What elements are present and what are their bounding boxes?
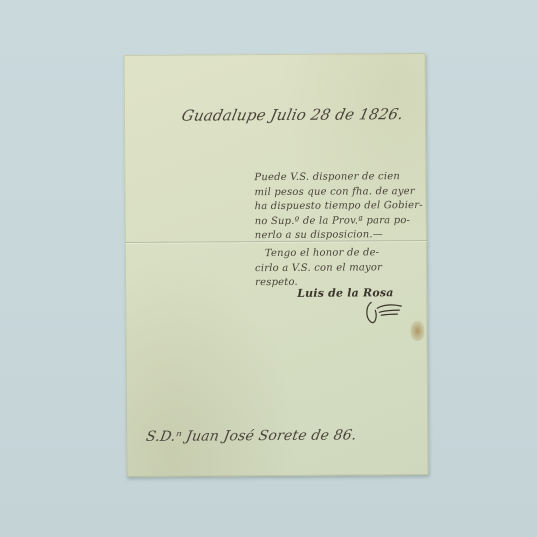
addressee: S.D.ⁿ Juan José Sorete de 86.: [145, 427, 358, 444]
letter-paper: Guadalupe Julio 28 de 1826. Puede V.S. d…: [124, 53, 429, 477]
body-line: no Sup.º de la Prov.ª para po-: [255, 213, 423, 229]
dateline: Guadalupe Julio 28 de 1826.: [180, 105, 405, 125]
body-line: nerlo a su disposicion.—: [255, 228, 423, 244]
closing-line: cirlo a V.S. con el mayor: [255, 261, 382, 276]
body-line: mil pesos que con fha. de ayer: [254, 184, 422, 200]
letter-closing: Tengo el honor de de- cirlo a V.S. con e…: [255, 246, 382, 290]
ink-stain: [410, 321, 424, 341]
closing-line: Tengo el honor de de-: [255, 246, 382, 261]
body-line: Puede V.S. disponer de cien: [254, 170, 422, 186]
body-line: ha dispuesto tiempo del Gobier-: [255, 199, 423, 215]
rubric-flourish-icon: [363, 298, 403, 326]
letter-body: Puede V.S. disponer de cien mil pesos qu…: [254, 170, 423, 244]
